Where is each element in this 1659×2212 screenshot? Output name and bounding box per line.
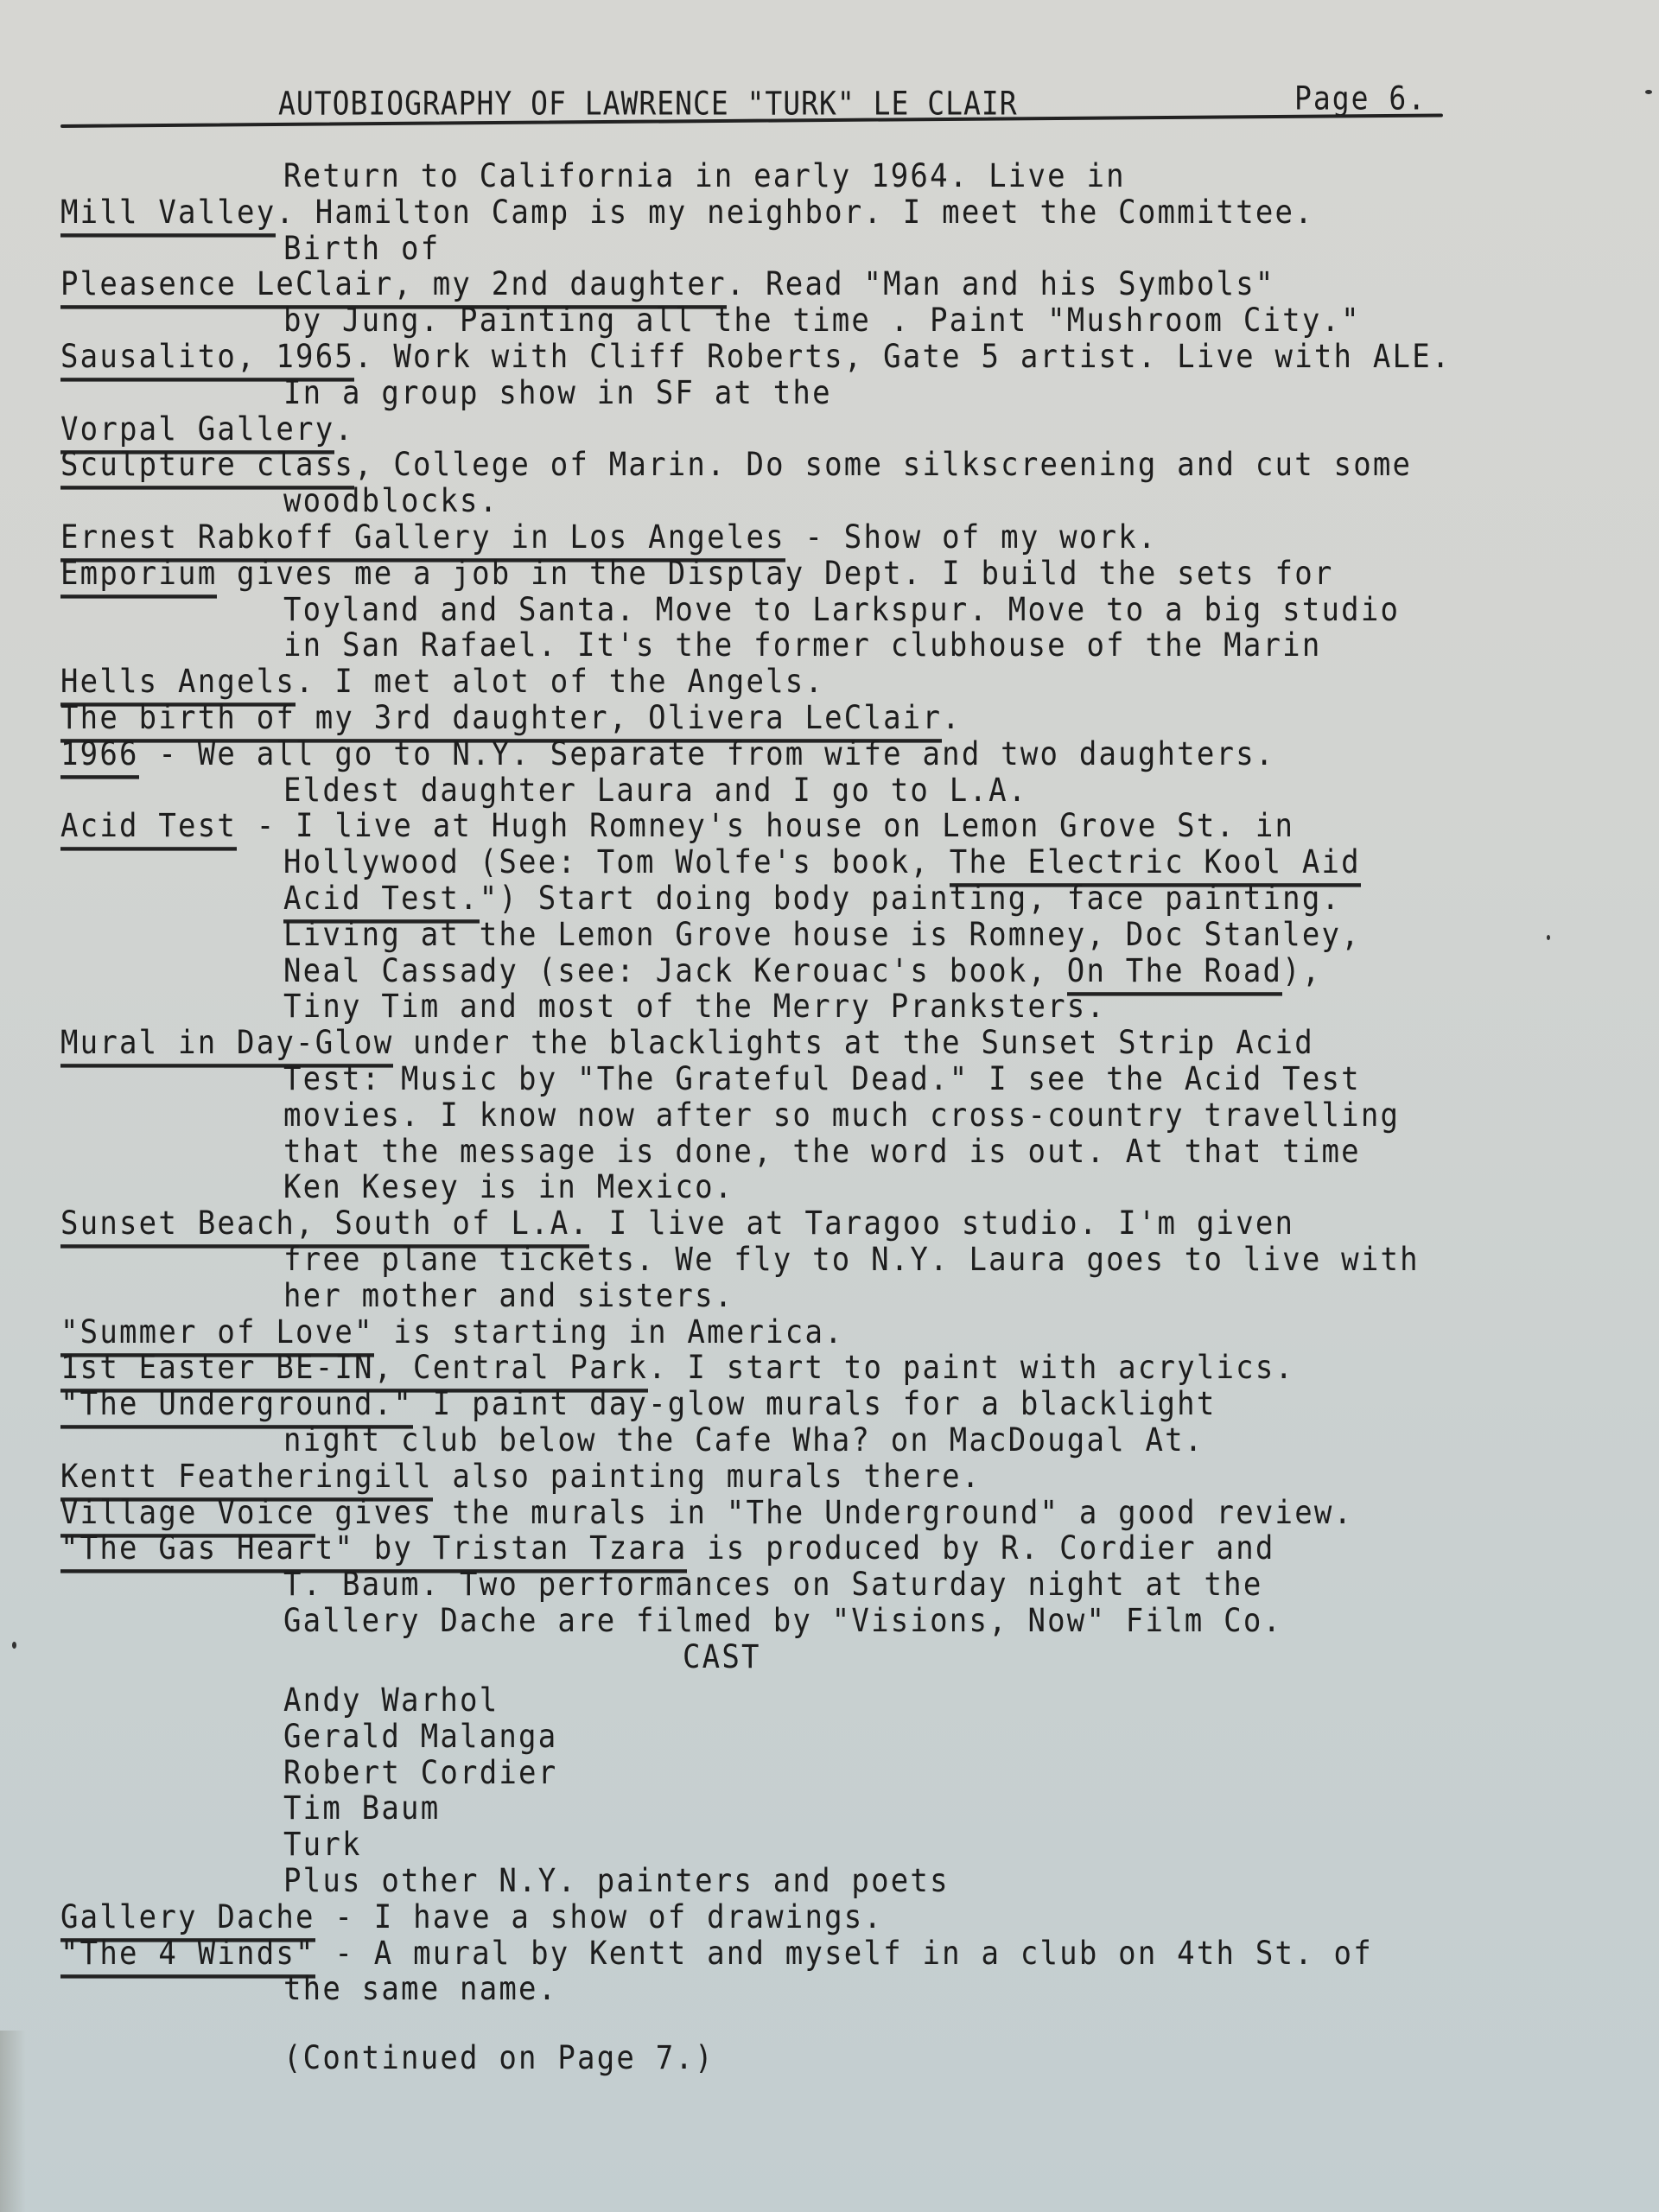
document-title: AUTOBIOGRAPHY OF LAWRENCE "TURK" LE CLAI… (278, 85, 1018, 123)
text-line: "Summer of Love" is starting in America. (60, 1313, 844, 1351)
text-line: Test: Music by "The Grateful Dead." I se… (283, 1060, 1361, 1098)
line-text: Birth of (283, 230, 440, 268)
ink-speck (12, 1642, 16, 1649)
line-text: . I met alot of the Angels. (296, 663, 824, 701)
text-line: Birth of (283, 230, 440, 268)
text-line: Acid Test - I live at Hugh Romney's hous… (60, 807, 1294, 845)
line-text: Ken Kesey is in Mexico. (283, 1168, 734, 1206)
line-text: I paint day-glow murals for a blacklight (413, 1385, 1216, 1423)
cast-member: Tim Baum (283, 1789, 440, 1827)
text-line: night club below the Cafe Wha? on MacDou… (283, 1421, 1204, 1459)
text-line: The birth of my 3rd daughter, Olivera Le… (60, 699, 962, 737)
line-text: in San Rafael. It's the former clubhouse… (283, 626, 1322, 664)
text-line: Mural in Day-Glow under the blacklights … (60, 1024, 1314, 1062)
line-text: . (334, 410, 354, 448)
cast-footer: Plus other N.Y. painters and poets (283, 1862, 950, 1900)
line-text: free plane tickets. We fly to N.Y. Laura… (283, 1241, 1420, 1279)
underlined-heading: 1966 (60, 735, 139, 779)
text-line: free plane tickets. We fly to N.Y. Laura… (283, 1241, 1420, 1279)
line-text: is starting in America. (374, 1313, 844, 1351)
text-line: woodblocks. (283, 482, 499, 520)
text-line: Hollywood (See: Tom Wolfe's book, The El… (283, 843, 1361, 881)
line-text: T. Baum. Two performances on Saturday ni… (283, 1566, 1263, 1604)
text-line: Eldest daughter Laura and I go to L.A. (283, 772, 1027, 810)
line-text: In a group show in SF at the (283, 374, 832, 412)
page-header: AUTOBIOGRAPHY OF LAWRENCE "TURK" LE CLAI… (60, 79, 1443, 131)
text-line: by Jung. Painting all the time . Paint "… (283, 302, 1361, 340)
text-line: 1st Easter BE-IN, Central Park. I start … (60, 1349, 1294, 1387)
ink-speck (1645, 90, 1652, 94)
continued-note: (Continued on Page 7.) (283, 2039, 715, 2077)
text-line: Gallery Dache are filmed by "Visions, No… (283, 1602, 1282, 1640)
underlined-heading: "The 4 Winds" (60, 1935, 315, 1979)
text-line: Sculpture class, College of Marin. Do so… (60, 446, 1412, 484)
line-text: I live at Taragoo studio. I'm given (589, 1205, 1294, 1243)
text-line: "The Underground." I paint day-glow mura… (60, 1385, 1217, 1423)
text-line: Kentt Featheringill also painting murals… (60, 1458, 982, 1496)
line-text: gives the murals in "The Underground" a … (315, 1494, 1354, 1532)
line-text: is produced by R. Cordier and (687, 1529, 1274, 1567)
text-line: Ernest Rabkoff Gallery in Los Angeles - … (60, 518, 1158, 556)
text-line: Village Voice gives the murals in "The U… (60, 1494, 1353, 1532)
cast-member: Gerald Malanga (283, 1718, 557, 1756)
text-line: Living at the Lemon Grove house is Romne… (283, 916, 1361, 954)
line-text: that the message is done, the word is ou… (283, 1133, 1361, 1171)
text-line: Vorpal Gallery. (60, 410, 354, 448)
text-line: Pleasence LeClair, my 2nd daughter. Read… (60, 265, 1275, 303)
text-line: Return to California in early 1964. Live… (283, 157, 1126, 195)
line-text: . I start to paint with acrylics. (648, 1349, 1294, 1387)
line-text: . (942, 699, 962, 737)
text-line: Tiny Tim and most of the Merry Prankster… (283, 988, 1106, 1026)
line-text: also painting murals there. (433, 1458, 982, 1496)
line-text: gives me a job in the Display Dept. I bu… (217, 555, 1333, 593)
line-text: - I live at Hugh Romney's house on Lemon… (237, 807, 1294, 845)
line-text: ") Start doing body painting, face paint… (480, 880, 1341, 918)
line-text: - A mural by Kentt and myself in a club … (315, 1935, 1373, 1973)
cast-member: Turk (283, 1826, 362, 1864)
line-text: Hollywood (See: Tom Wolfe's book, (283, 843, 950, 881)
text-line: Neal Cassady (see: Jack Kerouac's book, … (283, 952, 1322, 990)
line-text: , College of Marin. Do some silkscreenin… (354, 446, 1412, 484)
cast-member: Andy Warhol (283, 1681, 499, 1719)
line-text: night club below the Cafe Wha? on MacDou… (283, 1421, 1204, 1459)
underlined-heading: Acid Test (60, 807, 237, 851)
line-text: Toyland and Santa. Move to Larkspur. Mov… (283, 591, 1400, 629)
line-text: . Hamilton Camp is my neighbor. I meet t… (276, 194, 1314, 232)
line-text: Eldest daughter Laura and I go to L.A. (283, 772, 1027, 810)
text-line: her mother and sisters. (283, 1277, 734, 1315)
line-text: movies. I know now after so much cross-c… (283, 1096, 1400, 1135)
line-text: . Read "Man and his Symbols" (727, 265, 1275, 303)
text-line: "The 4 Winds" - A mural by Kentt and mys… (60, 1935, 1373, 1973)
typed-page: AUTOBIOGRAPHY OF LAWRENCE "TURK" LE CLAI… (0, 0, 1659, 2212)
text-line: movies. I know now after so much cross-c… (283, 1096, 1400, 1135)
line-text: - I have a show of drawings. (315, 1898, 883, 1936)
text-line: Acid Test.") Start doing body painting, … (283, 880, 1341, 918)
text-line: Gallery Dache - I have a show of drawing… (60, 1898, 883, 1936)
text-line: Ken Kesey is in Mexico. (283, 1168, 734, 1206)
line-text: the same name. (283, 1970, 557, 2008)
line-text: under the blacklights at the Sunset Stri… (393, 1024, 1313, 1062)
underlined-heading: Emporium (60, 555, 217, 599)
text-line: Sunset Beach, South of L.A. I live at Ta… (60, 1205, 1294, 1243)
text-line: T. Baum. Two performances on Saturday ni… (283, 1566, 1263, 1604)
line-text: - We all go to N.Y. Separate from wife a… (139, 735, 1275, 773)
text-line: "The Gas Heart" by Tristan Tzara is prod… (60, 1529, 1275, 1567)
page-number: Page 6. (1294, 79, 1427, 118)
text-line: Hells Angels. I met alot of the Angels. (60, 663, 824, 701)
paper-edge-shadow (0, 2031, 26, 2212)
line-text: Tiny Tim and most of the Merry Prankster… (283, 988, 1106, 1026)
cast-member: Robert Cordier (283, 1754, 557, 1792)
line-text: Test: Music by "The Grateful Dead." I se… (283, 1060, 1361, 1098)
text-line: In a group show in SF at the (283, 374, 832, 412)
line-text: woodblocks. (283, 482, 499, 520)
text-line: Emporium gives me a job in the Display D… (60, 555, 1334, 593)
text-line: the same name. (283, 1970, 557, 2008)
line-text: Gallery Dache are filmed by "Visions, No… (283, 1602, 1282, 1640)
line-text: by Jung. Painting all the time . Paint "… (283, 302, 1361, 340)
text-line: Sausalito, 1965. Work with Cliff Roberts… (60, 338, 1452, 376)
underlined-heading: Mill Valley (60, 194, 276, 238)
line-text: her mother and sisters. (283, 1277, 734, 1315)
line-text: - Show of my work. (785, 518, 1158, 556)
line-text: . Work with Cliff Roberts, Gate 5 artist… (354, 338, 1452, 376)
text-line: that the message is done, the word is ou… (283, 1133, 1361, 1171)
text-line: Mill Valley. Hamilton Camp is my neighbo… (60, 194, 1314, 232)
text-line: Toyland and Santa. Move to Larkspur. Mov… (283, 591, 1400, 629)
line-text: ), (1282, 952, 1321, 990)
ink-speck (1547, 935, 1550, 940)
line-text: Return to California in early 1964. Live… (283, 157, 1126, 195)
line-text: Neal Cassady (see: Jack Kerouac's book, (283, 952, 1067, 990)
text-line: 1966 - We all go to N.Y. Separate from w… (60, 735, 1275, 773)
cast-heading: CAST (683, 1638, 761, 1676)
line-text: Living at the Lemon Grove house is Romne… (283, 916, 1361, 954)
text-line: in San Rafael. It's the former clubhouse… (283, 626, 1322, 664)
